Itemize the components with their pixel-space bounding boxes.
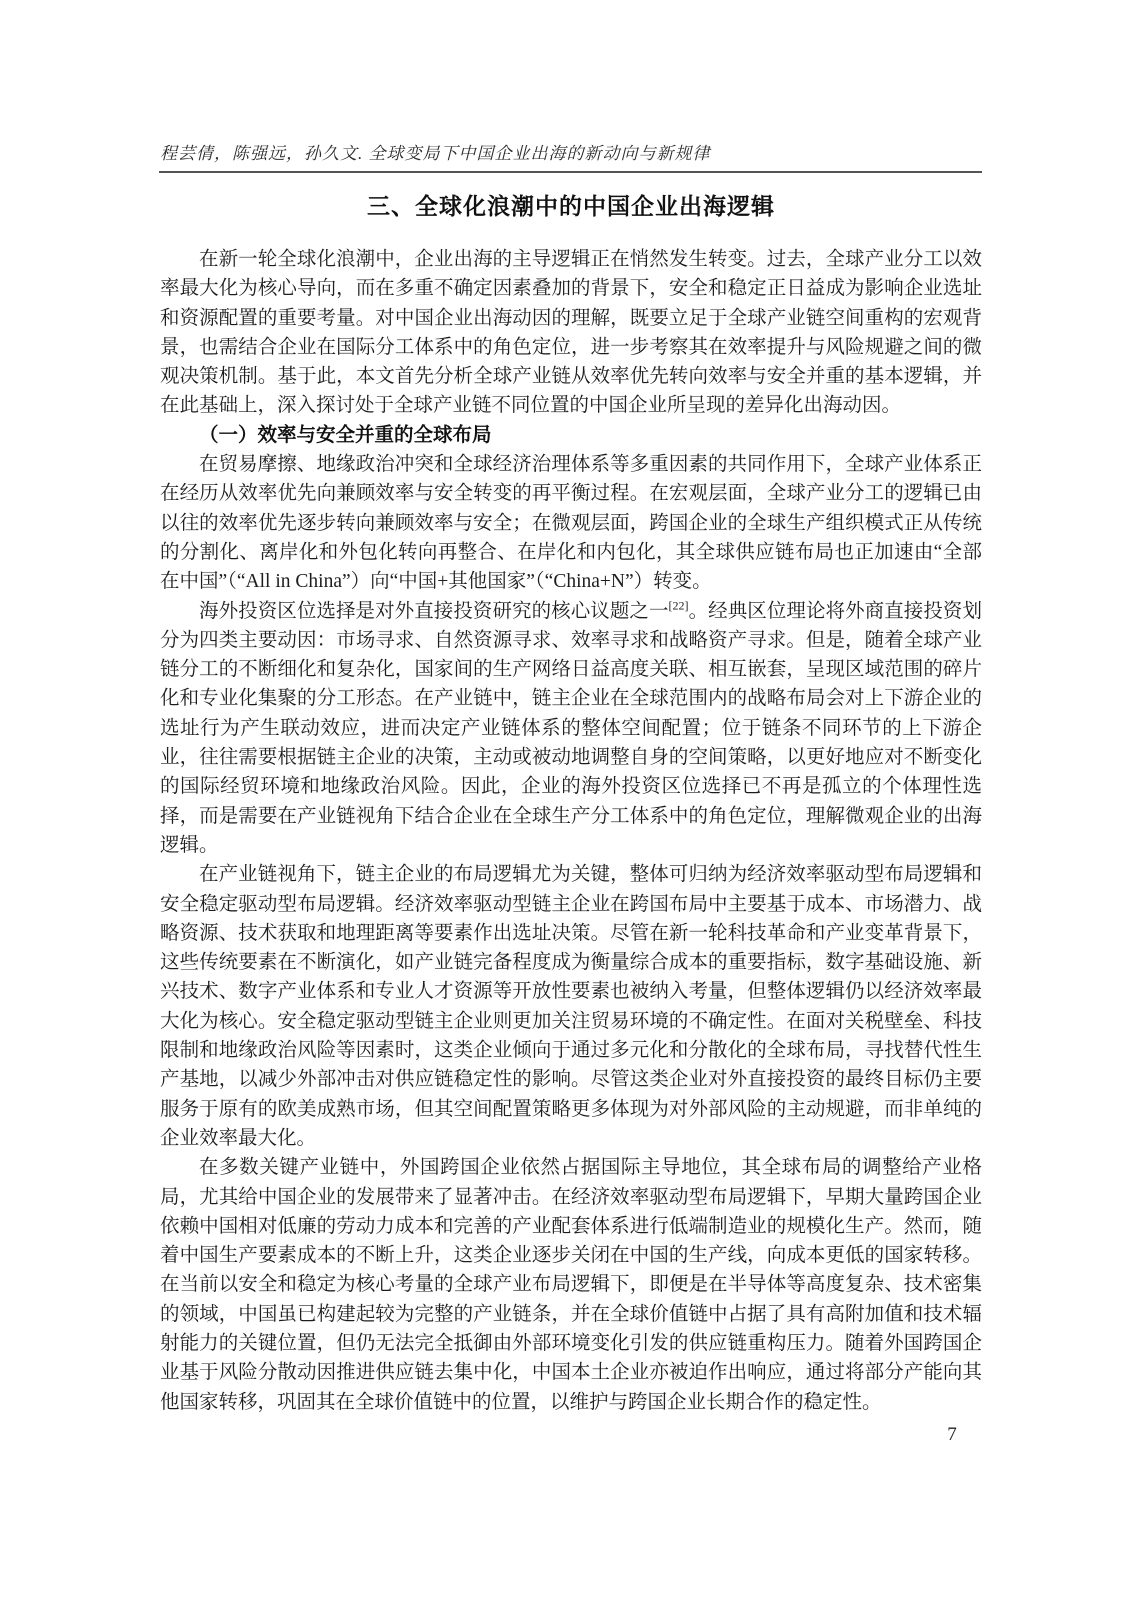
header-rule bbox=[159, 171, 982, 173]
paragraph-5: 在多数关键产业链中，外国跨国企业依然占据国际主导地位，其全球布局的调整给产业格局… bbox=[160, 1153, 982, 1417]
running-header: 程芸倩，陈强远，孙久文. 全球变局下中国企业出海的新动向与新规律 bbox=[160, 143, 982, 165]
article-body: 在新一轮全球化浪潮中，企业出海的主导逻辑正在悄然发生转变。过去，全球产业分工以效… bbox=[160, 245, 982, 1417]
paragraph-3-text: 海外投资区位选择是对外直接投资研究的核心议题之一 bbox=[199, 601, 669, 622]
journal-page: 程芸倩，陈强远，孙久文. 全球变局下中国企业出海的新动向与新规律 三、全球化浪潮… bbox=[0, 0, 1140, 1600]
citation-ref-22: [22] bbox=[669, 598, 689, 612]
paragraph-1: 在新一轮全球化浪潮中，企业出海的主导逻辑正在悄然发生转变。过去，全球产业分工以效… bbox=[160, 245, 982, 421]
page-number: 7 bbox=[927, 1424, 977, 1446]
subsection-heading: （一）效率与安全并重的全球布局 bbox=[160, 421, 982, 450]
paragraph-3: 海外投资区位选择是对外直接投资研究的核心议题之一[22]。经典区位理论将外商直接… bbox=[160, 597, 982, 861]
paragraph-4: 在产业链视角下，链主企业的布局逻辑尤为关键，整体可归纳为经济效率驱动型布局逻辑和… bbox=[160, 860, 982, 1153]
paragraph-3-text-cont: 。经典区位理论将外商直接投资划分为四类主要动因：市场寻求、自然资源寻求、效率寻求… bbox=[160, 601, 982, 856]
paragraph-2: 在贸易摩擦、地缘政治冲突和全球经济治理体系等多重因素的共同作用下，全球产业体系正… bbox=[160, 450, 982, 596]
section-title: 三、全球化浪潮中的中国企业出海逻辑 bbox=[160, 189, 982, 223]
